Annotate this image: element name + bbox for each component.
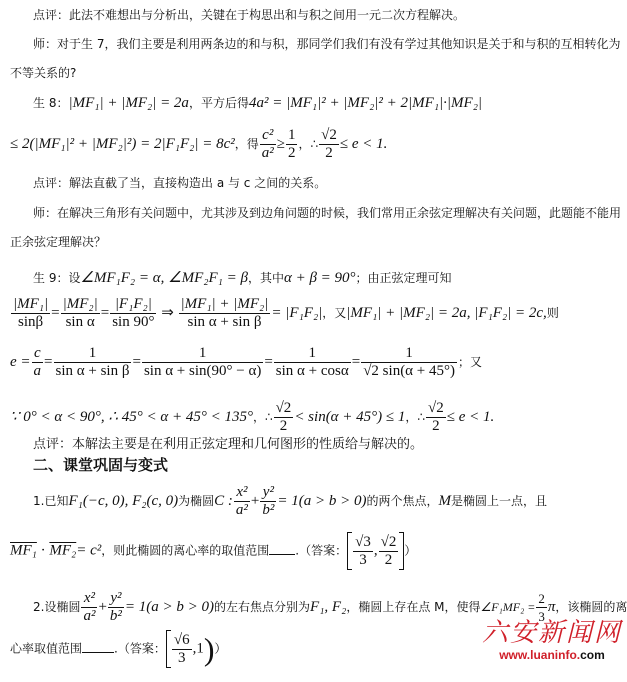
paren-right: ): [204, 631, 215, 667]
fraction-y2-b2: y²b²: [108, 590, 124, 625]
answer-blank: [269, 542, 295, 555]
question-1-line-1: 1.已知F₁(−c, 0), F₂(c, 0)为椭圆C :x²a²+y²b²= …: [33, 484, 547, 519]
equation: |MF₁| + |MF₂| = 2a: [68, 95, 188, 111]
equation: ∠MF₁F₂ = α, ∠MF₂F₁ = β: [80, 270, 247, 286]
fraction-e3: 1sin α + sin(90° − α): [142, 345, 263, 380]
equation: ≤ e < 1.: [340, 136, 388, 152]
teacher-paragraph-2: 师：在解决三角形有关问题中，尤其涉及到边角问题的时候，我们常用正余弦定理解决有关…: [33, 205, 621, 221]
student-9-line-2: |MF₁|sinβ=|MF₂|sin α=|F₁F₂|sin 90° ⇒ |MF…: [10, 296, 559, 331]
equation: = c²: [76, 543, 101, 559]
text: 1.已知: [33, 494, 68, 508]
answer-end: ,1: [193, 641, 204, 657]
fraction-y2-b2: y²b²: [260, 484, 276, 519]
text: ，平方后得: [189, 96, 249, 110]
comment-paragraph-1: 点评：此法不难想出与分析出，关键在于构思出和与积之间用一元二次方程解决。: [33, 7, 465, 23]
fraction-sum-over-sines: |MF₁| + |MF₂|sin α + sin β: [179, 296, 271, 331]
teacher-paragraph-2-cont: 正余弦定理解决？: [10, 234, 106, 250]
equation: = 1(a > b > 0): [277, 493, 366, 509]
student-8-line-1: 生 8：|MF₁| + |MF₂| = 2a，平方后得4a² = |MF₁|² …: [33, 95, 482, 111]
equation: ≤ e < 1.: [447, 409, 495, 425]
fraction-sqrt3-3: √33: [353, 534, 373, 569]
equation: = 1(a > b > 0): [125, 599, 214, 615]
text: 是椭圆上一点，且: [451, 494, 547, 508]
text: 的左右焦点分别为: [214, 600, 310, 614]
text: 为椭圆: [178, 494, 214, 508]
text: ；由正弦定理可知: [356, 271, 452, 285]
equation: |MF₁| + |MF₂| = 2a, |F₁F₂| = 2c,: [346, 305, 547, 321]
text: 的两个焦点，: [366, 494, 438, 508]
equation: = |F₁F₂|: [271, 305, 322, 321]
text: ）: [404, 544, 416, 558]
fraction-sqrt2-2: √22: [274, 400, 294, 435]
bracket-left: [166, 630, 171, 668]
section-heading: 二、课堂巩固与变式: [33, 457, 168, 473]
question-2-line-2: 心率取值范围.（答案：√63,1)）: [10, 630, 227, 668]
equation: ≤ 2(|MF₁|² + |MF₂|²) = 2|F₁F₂| = 8c²: [10, 136, 235, 152]
eccentricity-derivation: e =ca=1sin α + sin β=1sin α + sin(90° − …: [10, 345, 482, 380]
student-9-line-1: 生 9：设∠MF₁F₂ = α, ∠MF₂F₁ = β，其中α + β = 90…: [33, 270, 452, 286]
text: 则: [547, 306, 559, 320]
equation: α + β = 90°: [284, 270, 356, 286]
equation: < sin(α + 45°) ≤ 1: [294, 409, 405, 425]
text: ，得: [235, 137, 259, 151]
text: .（答案：: [295, 544, 347, 558]
text: ，该椭圆的离: [555, 600, 627, 614]
equation: ∵ 0° < α < 90°, ∴ 45° < α + 45° < 135°: [10, 409, 253, 425]
point-M: M: [439, 493, 452, 509]
text: ，椭圆上存在点 M，使得: [346, 600, 480, 614]
text: ，其中: [248, 271, 284, 285]
fraction-e5: 1√2 sin(α + 45°): [361, 345, 457, 380]
comment-paragraph-2: 点评：解法直截了当，直接构造出 a 与 c 之间的关系。: [33, 175, 326, 191]
text: .（答案：: [114, 642, 166, 656]
watermark-url: www.luaninfo.com: [482, 648, 622, 662]
text: ；又: [458, 355, 482, 369]
text: 2.设椭圆: [33, 600, 80, 614]
equation: F₁, F₂: [310, 599, 346, 615]
fraction-e4: 1sin α + cosα: [274, 345, 351, 380]
fraction-sqrt2-2: √22: [426, 400, 446, 435]
fraction-sqrt2-2: √22: [379, 534, 399, 569]
text: ，则此椭圆的离心率的取值范围: [101, 544, 269, 558]
bracket-left: [347, 532, 352, 570]
text: 心率取值范围: [10, 642, 82, 656]
watermark-title: 六安新闻网: [482, 618, 622, 648]
vector-MF1: MF₁: [10, 543, 37, 559]
ge-sign: ≥: [277, 136, 285, 152]
fraction-c-a: ca: [32, 345, 44, 380]
teacher-paragraph-1: 师：对于生 7，我们主要是利用两条边的和与积，那同学们我们有没有学过其他知识是关…: [33, 36, 620, 52]
equation: C :: [214, 493, 233, 509]
fraction-x2-a2: x²a²: [81, 590, 97, 625]
text: ）: [214, 642, 226, 656]
question-1-line-2: MF₁ · MF₂= c²，则此椭圆的离心率的取值范围.（答案：√33,√22）: [10, 532, 416, 570]
equation: F₁(−c, 0), F₂(c, 0): [68, 493, 178, 509]
equation: ∠F₁MF₂ =: [480, 600, 535, 614]
teacher-paragraph-1-cont: 不等关系的?: [10, 65, 76, 81]
student-8-label: 生 8：: [33, 96, 68, 110]
comment-paragraph-3: 点评：本解法主要是在利用正弦定理和几何图形的性质给与解决的。: [33, 437, 423, 453]
text: ，又: [322, 306, 346, 320]
therefore: ，∴: [405, 410, 425, 424]
vector-MF2: MF₂: [49, 543, 76, 559]
student-8-line-2: ≤ 2(|MF₁|² + |MF₂|²) = 2|F₁F₂| = 8c²，得c²…: [10, 127, 387, 162]
equation: 4a² = |MF₁|² + |MF₂|² + 2|MF₁|·|MF₂|: [249, 95, 482, 111]
fraction-half: 12: [286, 127, 298, 162]
therefore: ，∴: [298, 137, 318, 151]
fraction-c2-a2: c²a²: [260, 127, 276, 162]
fraction-mf1-sinb: |MF₁|sinβ: [11, 296, 50, 331]
therefore: ，∴: [253, 410, 273, 424]
fraction-mf2-sina: |MF₂|sin α: [61, 296, 100, 331]
fraction-f1f2-sin90: |F₁F₂|sin 90°: [110, 296, 156, 331]
student-9-label: 生 9：设: [33, 271, 80, 285]
equation: e =: [10, 354, 31, 370]
fraction-sqrt2-2: √22: [319, 127, 339, 162]
fraction-x2-a2: x²a²: [234, 484, 250, 519]
watermark-logo: 六安新闻网 www.luaninfo.com: [482, 618, 622, 662]
range-derivation: ∵ 0° < α < 90°, ∴ 45° < α + 45° < 135°，∴…: [10, 400, 494, 435]
fraction-sqrt6-3: √63: [172, 632, 192, 667]
answer-blank: [82, 640, 114, 653]
fraction-e2: 1sin α + sin β: [54, 345, 132, 380]
